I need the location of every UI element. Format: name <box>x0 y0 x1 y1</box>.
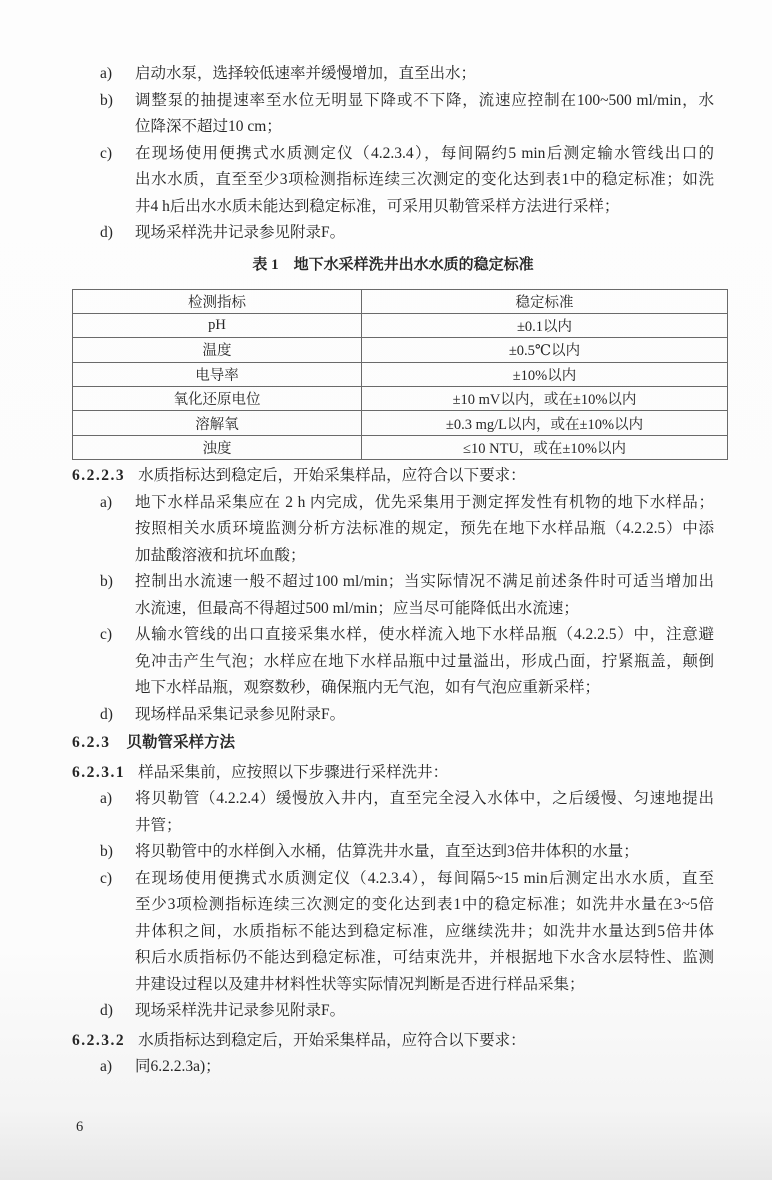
list-item-line: 同6.2.2.3a)； <box>135 1054 714 1081</box>
table-row: 溶解氧 ±0.3 mg/L以内，或在±10%以内 <box>73 411 728 435</box>
clause-6-2-3-1-list: a) 将贝勒管（4.2.2.4）缓慢放入井内，直至完全浸入水体中，之后缓慢、匀速… <box>72 786 714 1025</box>
list-item-marker: c) <box>100 622 112 649</box>
list-item-marker: b) <box>100 88 113 115</box>
list-item-line: 井建设过程以及建井材料性状等实际情况判断是否进行样品采集； <box>135 972 714 999</box>
clause-text: 样品采集前，应按照以下步骤进行采样洗井： <box>138 764 448 781</box>
list-item-marker: a) <box>100 490 112 517</box>
list-item: b) 控制出水流速一般不超过100 ml/min；当实际情况不满足前述条件时可适… <box>72 569 714 622</box>
table1: 检测指标 稳定标准 pH ±0.1以内 温度 ±0.5℃以内 电导率 ±10%以… <box>72 289 728 461</box>
list-item: a) 将贝勒管（4.2.2.4）缓慢放入井内，直至完全浸入水体中，之后缓慢、匀速… <box>72 786 714 839</box>
list-item-line: 从输水管线的出口直接采集水样，使水样流入地下水样品瓶（4.2.2.5）中，注意避 <box>135 622 714 649</box>
list-item-line: 加盐酸溶液和抗坏血酸； <box>135 543 714 570</box>
list-item-line: 将贝勒管中的水样倒入水桶，估算洗井水量，直至达到3倍井体积的水量； <box>135 839 714 866</box>
list-item-marker: b) <box>100 839 113 866</box>
list-item: c) 在现场使用便携式水质测定仪（4.2.3.4），每间隔5~15 min后测定… <box>72 866 714 999</box>
list-item-marker: d) <box>100 220 113 247</box>
list-item-marker: c) <box>100 141 112 168</box>
standard-cell: ±10%以内 <box>362 362 728 386</box>
indicator-cell: 浊度 <box>73 435 362 459</box>
indicator-cell: 氧化还原电位 <box>73 387 362 411</box>
clause-6-2-3-1: 6.2.3.1样品采集前，应按照以下步骤进行采样洗井： <box>72 760 714 787</box>
indicator-cell: 溶解氧 <box>73 411 362 435</box>
table-row: 温度 ±0.5℃以内 <box>73 338 728 362</box>
list-item-line: 将贝勒管（4.2.2.4）缓慢放入井内，直至完全浸入水体中，之后缓慢、匀速地提出 <box>135 786 714 813</box>
list-item-marker: a) <box>100 786 112 813</box>
table-header-cell: 稳定标准 <box>362 289 728 313</box>
list-item-line: 现场样品采集记录参见附录F。 <box>135 702 714 729</box>
standard-cell: ±10 mV以内，或在±10%以内 <box>362 387 728 411</box>
list-item-line: 现场采样洗井记录参见附录F。 <box>135 998 714 1025</box>
table-header-cell: 检测指标 <box>73 289 362 313</box>
list-item-marker: d) <box>100 702 113 729</box>
list-item-line: 地下水样品采集应在 2 h 内完成，优先采集用于测定挥发性有机物的地下水样品； <box>135 490 714 517</box>
list-item-line: 出水水质，直至至少3项检测指标连续三次测定的变化达到表1中的稳定标准；如洗 <box>135 167 714 194</box>
list-item-line: 免冲击产生气泡；水样应在地下水样品瓶中过量溢出，形成凸面，拧紧瓶盖，颠倒 <box>135 649 714 676</box>
table-row: pH ±0.1以内 <box>73 313 728 337</box>
list-item-line: 位降深不超过10 cm； <box>135 114 714 141</box>
list-item: a) 同6.2.2.3a)； <box>72 1054 714 1081</box>
list-item-line: 地下水样品瓶，观察数秒，确保瓶内无气泡，如有气泡应重新采样； <box>135 675 714 702</box>
clause-number: 6.2.3.1 <box>72 764 125 781</box>
clause-number: 6.2.2.3 <box>72 467 125 484</box>
heading-title: 贝勒管采样方法 <box>127 734 236 751</box>
standard-cell: ±0.3 mg/L以内，或在±10%以内 <box>362 411 728 435</box>
list-item-line: 控制出水流速一般不超过100 ml/min；当实际情况不满足前述条件时可适当增加… <box>135 569 714 596</box>
clause-6-2-2-3: 6.2.2.3水质指标达到稳定后，开始采集样品，应符合以下要求： <box>72 463 714 490</box>
list-item-marker: a) <box>100 1054 112 1081</box>
standard-cell: ±0.5℃以内 <box>362 338 728 362</box>
list-item-line: 积后水质指标仍不能达到稳定标准，可结束洗井，并根据地下水含水层特性、监测 <box>135 945 714 972</box>
list-item: d) 现场样品采集记录参见附录F。 <box>72 702 714 729</box>
list-item-line: 井4 h后出水水质未能达到稳定标准，可采用贝勒管采样方法进行采样； <box>135 194 714 221</box>
table1-caption: 表 1 地下水采样洗井出水水质的稳定标准 <box>72 252 714 278</box>
document-page: { "page": { "number": "6" }, "colors": {… <box>0 0 772 1180</box>
list-item: c) 在现场使用便携式水质测定仪（4.2.3.4），每间隔约5 min后测定输水… <box>72 141 714 221</box>
list-item-line: 至少3项检测指标连续三次测定的变化达到表1中的稳定标准；如洗井水量在3~5倍 <box>135 892 714 919</box>
clause-6-2-3-2-list: a) 同6.2.2.3a)； <box>72 1054 714 1081</box>
list-item-line: 现场采样洗井记录参见附录F。 <box>135 220 714 247</box>
standard-cell: ±0.1以内 <box>362 313 728 337</box>
list-item: b) 将贝勒管中的水样倒入水桶，估算洗井水量，直至达到3倍井体积的水量； <box>72 839 714 866</box>
table-row: 氧化还原电位 ±10 mV以内，或在±10%以内 <box>73 387 728 411</box>
standard-cell: ≤10 NTU，或在±10%以内 <box>362 435 728 459</box>
list-item-line: 在现场使用便携式水质测定仪（4.2.3.4），每间隔约5 min后测定输水管线出… <box>135 141 714 168</box>
list-item-marker: d) <box>100 998 113 1025</box>
list-item-line: 水流速，但最高不得超过500 ml/min；应当尽可能降低出水流速； <box>135 596 714 623</box>
clause-6-2-3-2: 6.2.3.2水质指标达到稳定后，开始采集样品，应符合以下要求： <box>72 1028 714 1055</box>
indicator-cell: pH <box>73 313 362 337</box>
heading-6-2-3: 6.2.3贝勒管采样方法 <box>72 730 714 757</box>
list-item-line: 井管； <box>135 813 714 840</box>
list-item-marker: c) <box>100 866 112 893</box>
page-content: a) 启动水泵，选择较低速率并缓慢增加，直至出水； b) 调整泵的抽提速率至水位… <box>72 61 714 1081</box>
heading-number: 6.2.3 <box>72 734 111 751</box>
list-item-line: 启动水泵，选择较低速率并缓慢增加，直至出水； <box>135 61 714 88</box>
list-item: c) 从输水管线的出口直接采集水样，使水样流入地下水样品瓶（4.2.2.5）中，… <box>72 622 714 702</box>
clause-text: 水质指标达到稳定后，开始采集样品，应符合以下要求： <box>138 1032 526 1049</box>
clause-number: 6.2.3.2 <box>72 1032 125 1049</box>
list-item: d) 现场采样洗井记录参见附录F。 <box>72 220 714 247</box>
page-number: 6 <box>76 1117 83 1137</box>
list-item: a) 地下水样品采集应在 2 h 内完成，优先采集用于测定挥发性有机物的地下水样… <box>72 490 714 570</box>
list-item-line: 调整泵的抽提速率至水位无明显下降或不下降，流速应控制在100~500 ml/mi… <box>135 88 714 115</box>
table-row: 浊度 ≤10 NTU，或在±10%以内 <box>73 435 728 459</box>
list-item: a) 启动水泵，选择较低速率并缓慢增加，直至出水； <box>72 61 714 88</box>
list-item: d) 现场采样洗井记录参见附录F。 <box>72 998 714 1025</box>
indicator-cell: 电导率 <box>73 362 362 386</box>
intro-list: a) 启动水泵，选择较低速率并缓慢增加，直至出水； b) 调整泵的抽提速率至水位… <box>72 61 714 247</box>
table-row: 电导率 ±10%以内 <box>73 362 728 386</box>
list-item-line: 按照相关水质环境监测分析方法标准的规定，预先在地下水样品瓶（4.2.2.5）中添 <box>135 516 714 543</box>
table-header-row: 检测指标 稳定标准 <box>73 289 728 313</box>
list-item-marker: a) <box>100 61 112 88</box>
list-item-marker: b) <box>100 569 113 596</box>
list-item-line: 井体积之间，水质指标不能达到稳定标准，应继续洗井；如洗井水量达到5倍井体 <box>135 919 714 946</box>
clause-text: 水质指标达到稳定后，开始采集样品，应符合以下要求： <box>138 467 526 484</box>
indicator-cell: 温度 <box>73 338 362 362</box>
list-item: b) 调整泵的抽提速率至水位无明显下降或不下降，流速应控制在100~500 ml… <box>72 88 714 141</box>
clause-6-2-2-3-list: a) 地下水样品采集应在 2 h 内完成，优先采集用于测定挥发性有机物的地下水样… <box>72 490 714 729</box>
list-item-line: 在现场使用便携式水质测定仪（4.2.3.4），每间隔5~15 min后测定出水水… <box>135 866 714 893</box>
